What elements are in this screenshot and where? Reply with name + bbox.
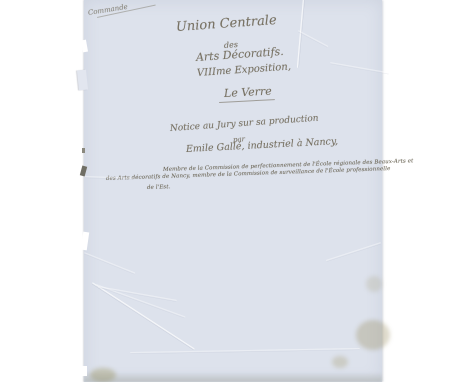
stain xyxy=(366,276,382,292)
bio-note-line-3: de l'Est. xyxy=(147,184,171,191)
bottom-edge-shading xyxy=(84,372,382,382)
torn-edge-tab xyxy=(77,70,88,91)
stain xyxy=(332,356,348,368)
torn-edge-speck xyxy=(82,148,85,153)
manuscript-photo: Commande Union Centrale des Arts Décorat… xyxy=(0,0,468,382)
torn-edge-notch xyxy=(82,366,87,376)
subject-title: Le Verre xyxy=(224,85,272,100)
stain xyxy=(356,320,390,350)
